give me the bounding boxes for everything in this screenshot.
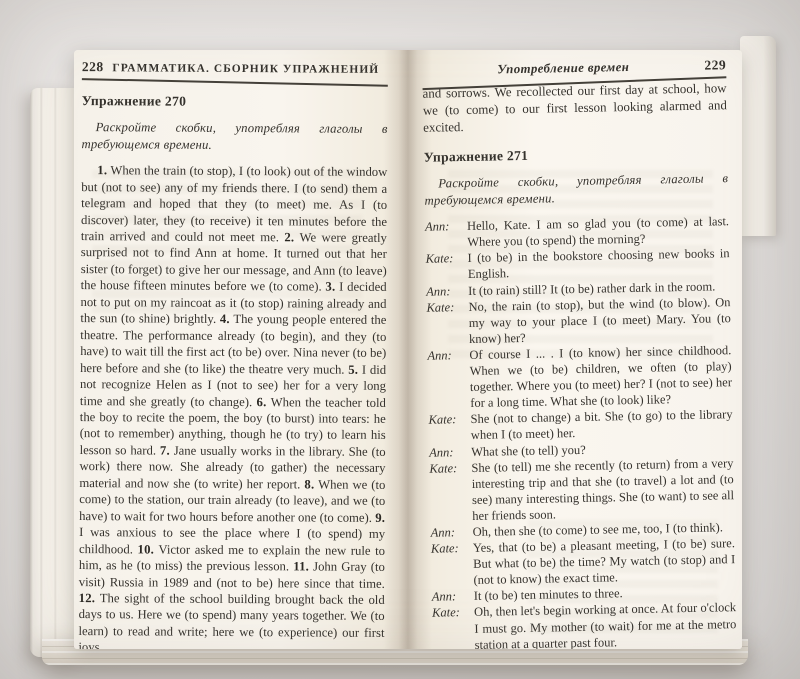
sentence-number: 7. (160, 443, 170, 457)
exercise-271-instruction: Раскройте скобки, употребляя глаголы в т… (424, 170, 729, 209)
sentence-number: 1. (97, 163, 107, 177)
exercise-270-continuation: and sorrows. We recollected our first da… (422, 80, 727, 137)
sentence-number: 2. (284, 230, 294, 244)
dialogue-line: Kate:Oh, then let's begin working at onc… (432, 600, 737, 649)
page-number-left: 228 (82, 59, 104, 75)
speaker-label: Ann: (427, 347, 470, 412)
sentence-number: 10. (138, 542, 155, 556)
sentence-number: 6. (257, 395, 267, 409)
dialogue-line: Kate:She (to tell) me she recently (to r… (429, 455, 734, 525)
exercise-270-instruction: Раскройте скобки, употребляя глаголы в т… (81, 119, 387, 154)
speaker-label: Kate: (425, 250, 468, 283)
speech-text: Hello, Kate. I am so glad you (to come) … (467, 213, 730, 250)
exercise-271-heading: Упражнение 271 (424, 144, 728, 166)
header-rule-left (82, 78, 388, 87)
open-book: 228 ГРАММАТИКА. СБОРНИК УПРАЖНЕНИЙ Упраж… (26, 18, 776, 665)
speech-text: I (to be) in the bookstore choosing new … (467, 246, 730, 283)
speaker-label: Ann: (426, 283, 468, 300)
dialogue-line: Ann:Of course I ... . I (to know) her si… (427, 342, 732, 412)
sentence-number: 3. (325, 280, 335, 294)
speaker-label: Ann: (432, 588, 474, 605)
sentence-number: 12. (79, 591, 96, 605)
speaker-label: Kate: (426, 299, 469, 348)
exercise-270-heading: Упражнение 270 (82, 93, 388, 111)
page-left: 228 ГРАММАТИКА. СБОРНИК УПРАЖНЕНИЙ Упраж… (74, 50, 408, 649)
speech-text: She (to tell) me she recently (to return… (471, 455, 734, 524)
right-running-header: Употребление времен 229 (422, 57, 726, 79)
speech-text: No, the rain (to stop), but the wind (to… (468, 294, 731, 347)
speech-text: Oh, then let's begin working at once. At… (474, 600, 737, 649)
page-spread: 228 ГРАММАТИКА. СБОРНИК УПРАЖНЕНИЙ Упраж… (74, 50, 742, 649)
exercise-271-dialogue: Ann:Hello, Kate. I am so glad you (to co… (425, 213, 737, 649)
dialogue-line: Kate:No, the rain (to stop), but the win… (426, 294, 731, 348)
page-right: Употребление времен 229 and sorrows. We … (408, 50, 742, 649)
sentence-number: 4. (220, 312, 230, 326)
speaker-label: Kate: (432, 604, 475, 649)
sentence-number: 5. (348, 362, 358, 376)
speaker-label: Kate: (431, 540, 474, 589)
page-stack-right-edge (740, 36, 776, 236)
speech-text: Yes, that (to be) a pleasant meeting, I … (473, 535, 736, 588)
running-head-right: Употребление времен (422, 59, 704, 79)
speaker-label: Kate: (428, 411, 471, 444)
speech-text: Of course I ... . I (to know) her since … (469, 342, 732, 411)
book-photo: 228 ГРАММАТИКА. СБОРНИК УПРАЖНЕНИЙ Упраж… (0, 0, 800, 679)
page-number-right: 229 (704, 57, 726, 73)
speaker-label: Ann: (429, 443, 471, 460)
page-stack-left-edge (30, 88, 78, 657)
left-running-header: 228 ГРАММАТИКА. СБОРНИК УПРАЖНЕНИЙ (82, 59, 388, 77)
speaker-label: Ann: (425, 218, 468, 251)
sentence-number: 11. (293, 559, 309, 573)
speech-text: She (not to change) a bit. She (to go) t… (470, 406, 733, 443)
sentence-number: 9. (375, 511, 385, 525)
running-head-left: ГРАММАТИКА. СБОРНИК УПРАЖНЕНИЙ (104, 62, 388, 76)
dialogue-line: Kate:Yes, that (to be) a pleasant meetin… (431, 535, 736, 589)
speaker-label: Ann: (430, 524, 472, 541)
exercise-270-text: 1. When the train (to stop), I (to look)… (78, 162, 387, 649)
speaker-label: Kate: (429, 460, 472, 525)
sentence-number: 8. (304, 477, 314, 491)
